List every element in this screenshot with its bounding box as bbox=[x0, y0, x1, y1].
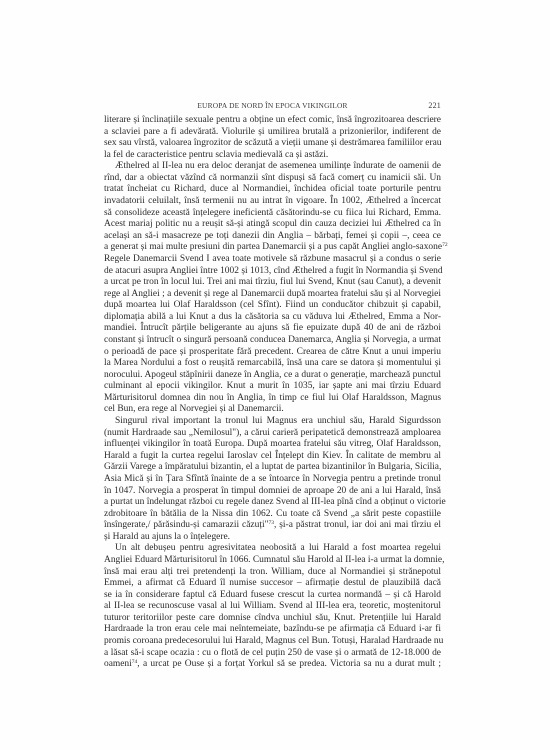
text-line-tail: , și-a păstrat tronul, iar doi ani mai t… bbox=[274, 520, 441, 530]
text-line: Hardraade la tron erau cele mai neînteme… bbox=[104, 624, 441, 636]
text-line: în 1047. Norvegia a prosperat în timpul … bbox=[104, 486, 441, 498]
text-line: Angliei Eduard Mărturisitorul în 1066. C… bbox=[104, 555, 441, 567]
text-line: de atacuri asupra Angliei între 1002 și … bbox=[104, 266, 441, 278]
text-line: la Marea Nordului a fost o reușită remar… bbox=[104, 358, 441, 370]
text-line: Gărzii Varege a împăratului bizantin, el… bbox=[104, 462, 441, 474]
paragraph-3: Singurul rival important la tronul lui M… bbox=[104, 416, 441, 543]
text-line: sex sau vîrstă, valoarea îngrozitor de s… bbox=[104, 138, 441, 150]
text-line: literare și înclinațiile sexuale pentru … bbox=[104, 115, 441, 127]
text-line: o perioadă de pace și prosperitate fără … bbox=[104, 347, 441, 359]
text-line: tratat încheiat cu Richard, duce al Norm… bbox=[104, 184, 441, 196]
text-line: influenței vikingilor în toată Europa. D… bbox=[104, 439, 441, 451]
text-line: a urcat pe tron în locul lui. Trei ani m… bbox=[104, 277, 441, 289]
paragraph-4: Un alt debușeu pentru agresivitatea neob… bbox=[104, 543, 441, 670]
running-title: EUROPA DE NORD ÎN EPOCA VIKINGILOR bbox=[104, 101, 441, 110]
text-line: același an să-i masacreze pe toți danezi… bbox=[104, 231, 441, 243]
footnote-ref-72: 72 bbox=[442, 242, 448, 248]
text-line: culminant al epocii vikingilor. Knut a m… bbox=[104, 381, 441, 393]
text-line: a sclaviei pare a fi adevărată. Violuril… bbox=[104, 127, 441, 139]
text-line: după moartea lui Olaf Haraldsson (cel Sf… bbox=[104, 300, 441, 312]
text-line-content: însîngerate,/ părăsindu-și camarazii căz… bbox=[104, 520, 268, 530]
text-line: a purtat un îndelungat război cu regele … bbox=[104, 497, 441, 509]
text-line-with-footnote: oameni74, a urcat pe Ouse și a forțat Yo… bbox=[104, 659, 441, 671]
text-line: Acest mariaj politic nu a reușit să-și a… bbox=[104, 219, 441, 231]
text-line: rege al Angliei ; a devenit și rege al D… bbox=[104, 289, 441, 301]
text-line: diplomația abilă a lui Knut a dus la căs… bbox=[104, 312, 441, 324]
running-header: EUROPA DE NORD ÎN EPOCA VIKINGILOR 221 bbox=[104, 101, 441, 113]
text-line: norocului. Apogeul stăpînirii daneze în … bbox=[104, 370, 441, 382]
text-line: Æthelred al II-lea nu era deloc deranjat… bbox=[104, 161, 441, 173]
text-line: zdrobitoare în bătălia de la Nissa din 1… bbox=[104, 509, 441, 521]
body-text: literare și înclinațiile sexuale pentru … bbox=[104, 115, 441, 671]
text-line: cel Bun, era rege al Norvegiei și al Dan… bbox=[104, 404, 441, 416]
text-line: Asia Mică și în Țara Sfîntă înainte de a… bbox=[104, 474, 441, 486]
text-line: (numit Hardraade sau „Nemilosul"), a căr… bbox=[104, 428, 441, 440]
text-line: Harald a fugit la curtea regelui Iarosla… bbox=[104, 451, 441, 463]
text-line: rînd, dar a obiectat văzînd că normanzii… bbox=[104, 173, 441, 185]
text-line: mandiei. Întrucît părțile beligerante au… bbox=[104, 323, 441, 335]
text-line: Un alt debușeu pentru agresivitatea neob… bbox=[104, 543, 441, 555]
text-line: însă mai erau alți trei pretendenți la t… bbox=[104, 567, 441, 579]
text-line: să consolideze această înțelegere inefic… bbox=[104, 208, 441, 220]
text-line: Emmei, a afirmat că Eduard îl numise suc… bbox=[104, 578, 441, 590]
paragraph-2: Æthelred al II-lea nu era deloc deranjat… bbox=[104, 161, 441, 416]
book-page: EUROPA DE NORD ÎN EPOCA VIKINGILOR 221 l… bbox=[0, 0, 550, 750]
page-number: 221 bbox=[428, 101, 441, 110]
text-line: constant și întrucît o singură persoană … bbox=[104, 335, 441, 347]
text-line: se ia în considerare faptul că Eduard fu… bbox=[104, 590, 441, 602]
text-line-content: oameni bbox=[104, 659, 132, 669]
text-line: Mărturisitorul domnea din nou în Anglia,… bbox=[104, 393, 441, 405]
text-line: al II-lea se recunoscuse vasal al lui Wi… bbox=[104, 601, 441, 613]
text-line: la fel de caracteristice pentru sclavia … bbox=[104, 150, 441, 162]
text-line: a lăsat să-i scape ocazia : cu o flotă d… bbox=[104, 648, 441, 660]
paragraph-1: literare și înclinațiile sexuale pentru … bbox=[104, 115, 441, 161]
text-line: invadatorii celuilalt, însă termenii nu … bbox=[104, 196, 441, 208]
text-line-tail: , a urcat pe Ouse și a forțat Yorkul să … bbox=[137, 659, 441, 669]
text-line-with-footnote: a generat și mai multe presiuni din part… bbox=[104, 242, 441, 254]
text-line: Regele Danemarcii Svend I avea toate mot… bbox=[104, 254, 441, 266]
text-line: și Harald au ajuns la o înțelegere. bbox=[104, 532, 441, 544]
text-line: promis coroana predecesorului lui Harald… bbox=[104, 636, 441, 648]
text-line: Singurul rival important la tronul lui M… bbox=[104, 416, 441, 428]
text-line-with-footnote: însîngerate,/ părăsindu-și camarazii căz… bbox=[104, 520, 441, 532]
text-line: tuturor teritoriilor peste care domnise … bbox=[104, 613, 441, 625]
text-line-content: a generat și mai multe presiuni din part… bbox=[104, 242, 442, 252]
